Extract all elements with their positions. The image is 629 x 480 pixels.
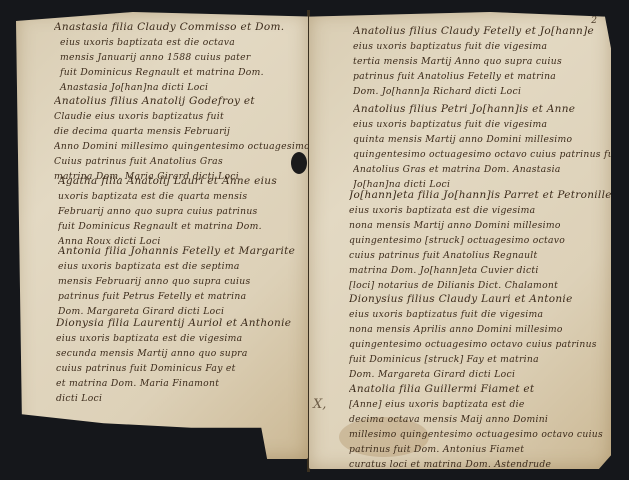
entry-line: fuit Dominicus Regnault et matrina Dom.: [54, 65, 284, 80]
right-page-entries: Anatolius filius Claudy Fetelly et Jo[ha…: [309, 12, 611, 469]
entry-line: millesimo quingentesimo octuagesimo octa…: [349, 427, 603, 442]
register-entry: Agatha filia Anatolij Lauri et Anne eius…: [58, 174, 277, 249]
entry-line: Dionysius filius Claudy Lauri et Antonie: [349, 292, 597, 307]
entry-line: decima octava mensis Maij anno Domini: [349, 412, 603, 427]
entry-line: patrinus fuit Dom. Antonius Fiamet: [349, 442, 603, 457]
entry-line: eius uxoris baptizata est die octava: [54, 35, 284, 50]
entry-line: Anastasia Jo[han]na dicti Loci: [54, 80, 284, 95]
entry-line: fuit Dominicus Regnault et matrina Dom.: [58, 219, 277, 234]
entry-line: [Anne] eius uxoris baptizata est die: [349, 397, 603, 412]
entry-line: Anatolius filius Claudy Fetelly et Jo[ha…: [353, 24, 594, 39]
entry-line: Februarij anno quo supra cuius patrinus: [58, 204, 277, 219]
entry-line: nona mensis Martij anno Domini millesimo: [349, 218, 612, 233]
register-entry: Jo[hann]eta filia Jo[hann]is Parret et P…: [349, 188, 612, 293]
entry-line: Anatolius filius Anatolij Godefroy et: [54, 94, 346, 109]
entry-line: cuius patrinus fuit Dominicus Fay et: [56, 361, 291, 376]
entry-line: patrinus fuit Petrus Fetelly et matrina: [58, 289, 295, 304]
entry-line: quingentesimo octuagesimo octavo cuius p…: [353, 147, 621, 162]
entry-line: eius uxoris baptizata est die septima: [58, 259, 295, 274]
entry-line: eius uxoris baptizatus fuit die vigesima: [353, 117, 621, 132]
register-entry: Anatolia filia Guillermi Fiamet et [Anne…: [349, 382, 603, 472]
entry-line: curatus loci et matrina Dom. Astendrude: [349, 457, 603, 472]
entry-line: Anatolia filia Guillermi Fiamet et: [349, 382, 603, 397]
entry-line: nona mensis Aprilis anno Domini millesim…: [349, 322, 597, 337]
entry-line: Agatha filia Anatolij Lauri et Anne eius: [58, 174, 277, 189]
entry-line: tertia mensis Martij Anno quo supra cuiu…: [353, 54, 594, 69]
entry-line: eius uxoris baptizatus fuit die vigesima: [349, 307, 597, 322]
right-page: 2 Anatolius filius Claudy Fetelly et Jo[…: [309, 12, 611, 469]
entry-line: mensis Februarij anno quo supra cuius: [58, 274, 295, 289]
entry-line: patrinus fuit Anatolius Fetelly et matri…: [353, 69, 594, 84]
entry-line: quingentesimo [struck] octuagesimo octav…: [349, 233, 612, 248]
entry-line: eius uxoris baptizatus fuit die vigesima: [353, 39, 594, 54]
entry-line: Claudie eius uxoris baptizatus fuit: [54, 109, 346, 124]
entry-line: uxoris baptizata est die quarta mensis: [58, 189, 277, 204]
entry-line: quingentesimo octuagesimo octavo cuius p…: [349, 337, 597, 352]
register-entry: Anatolius filius Petri Jo[hann]is et Ann…: [353, 102, 621, 192]
entry-line: eius uxoris baptizata est die vigesima: [349, 203, 612, 218]
entry-line: Antonia filia Johannis Fetelly et Margar…: [58, 244, 295, 259]
entry-line: [loci] notarius de Dilianis Dict. Chalam…: [349, 278, 612, 293]
entry-line: dicti Loci: [56, 391, 291, 406]
left-page: Anastasia filia Claudy Commisso et Dom. …: [16, 12, 308, 459]
entry-line: Anastasia filia Claudy Commisso et Dom.: [54, 20, 284, 35]
entry-line: Cuius patrinus fuit Anatolius Gras: [54, 154, 346, 169]
entry-line: fuit Dominicus [struck] Fay et matrina: [349, 352, 597, 367]
entry-line: et matrina Dom. Maria Finamont: [56, 376, 291, 391]
entry-line: mensis Januarij anno 1588 cuius pater: [54, 50, 284, 65]
register-entry: Anatolius filius Anatolij Godefroy et Cl…: [54, 94, 346, 184]
register-entry: Dionysius filius Claudy Lauri et Antonie…: [349, 292, 597, 382]
entry-line: Dom. Jo[hann]a Richard dicti Loci: [353, 84, 594, 99]
register-entry: Dionysia filia Laurentij Auriol et Antho…: [56, 316, 291, 406]
register-entry: Antonia filia Johannis Fetelly et Margar…: [58, 244, 295, 319]
left-page-entries: Anastasia filia Claudy Commisso et Dom. …: [16, 12, 308, 459]
register-entry: Anastasia filia Claudy Commisso et Dom. …: [54, 20, 284, 95]
entry-line: quinta mensis Martij anno Domini millesi…: [353, 132, 621, 147]
entry-line: Dionysia filia Laurentij Auriol et Antho…: [56, 316, 291, 331]
margin-mark: X,: [313, 397, 326, 412]
entry-line: cuius patrinus fuit Anatolius Regnault: [349, 248, 612, 263]
entry-line: Anatolius Gras et matrina Dom. Anastasia: [353, 162, 621, 177]
entry-line: matrina Dom. Jo[hann]eta Cuvier dicti: [349, 263, 612, 278]
entry-line: die decima quarta mensis Februarij: [54, 124, 346, 139]
entry-line: eius uxoris baptizata est die vigesima: [56, 331, 291, 346]
entry-line: secunda mensis Martij anno quo supra: [56, 346, 291, 361]
entry-line: Anatolius filius Petri Jo[hann]is et Ann…: [353, 102, 621, 117]
entry-line: Jo[hann]eta filia Jo[hann]is Parret et P…: [349, 188, 612, 203]
register-entry: Anatolius filius Claudy Fetelly et Jo[ha…: [353, 24, 594, 99]
entry-line: Anno Domini millesimo quingentesimo octu…: [54, 139, 346, 154]
entry-line: Dom. Margareta Girard dicti Loci: [349, 367, 597, 382]
